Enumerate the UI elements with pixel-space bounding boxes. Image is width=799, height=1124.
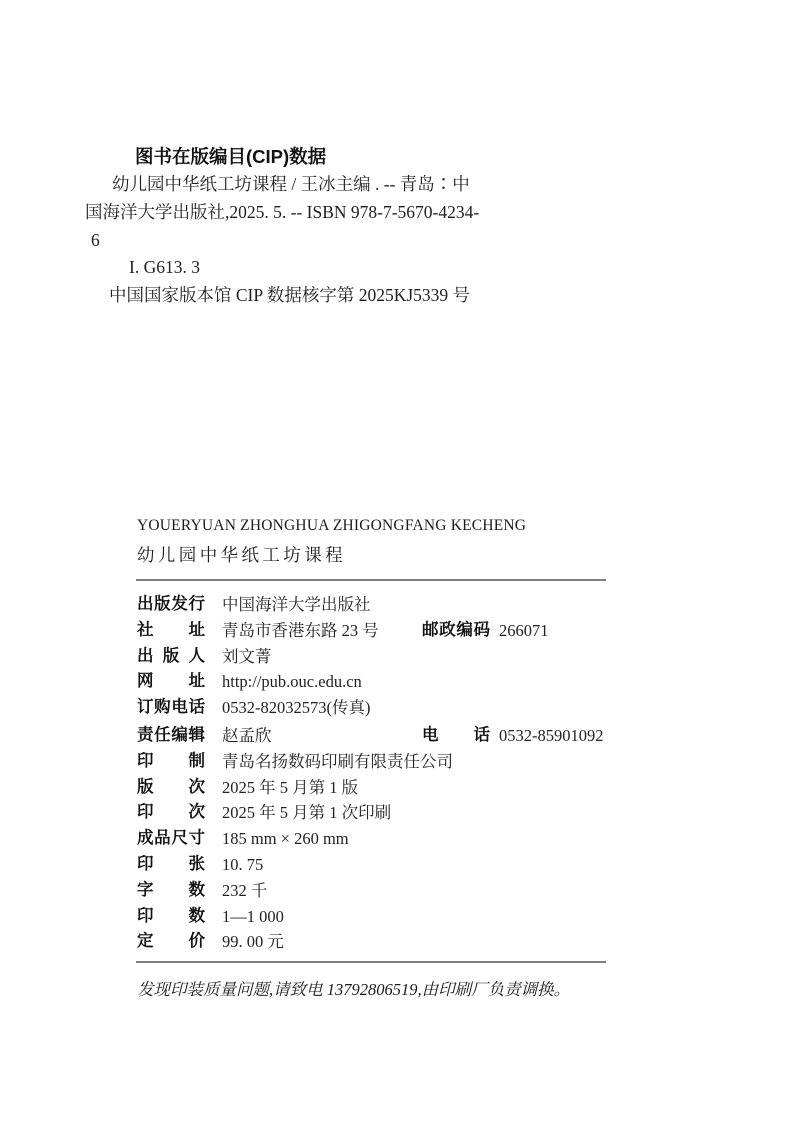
colophon-label: 网址 — [137, 669, 205, 695]
colophon-row-website: 网址http://pub.ouc.edu.cn — [137, 669, 617, 695]
colophon-label: 出版人 — [137, 644, 205, 670]
colophon-row-address: 社址青岛市香港东路 23 号 邮政编码266071 — [137, 618, 617, 644]
colophon-label: 定价 — [137, 929, 205, 955]
colophon-value: 0532-85901092 — [499, 726, 604, 745]
cip-line-publisher-isbn: 国海洋大学出版社,2025. 5. -- ISBN 978-7-5670-423… — [85, 199, 625, 227]
colophon-value: 99. 00 元 — [222, 932, 284, 951]
colophon-value: 中国海洋大学出版社 — [222, 595, 371, 614]
colophon-value: 10. 75 — [222, 855, 263, 874]
colophon-label: 印数 — [137, 904, 205, 930]
cip-line-classification: I. G613. 3 — [85, 254, 625, 282]
divider-top — [136, 579, 606, 581]
colophon: 出版发行中国海洋大学出版社 社址青岛市香港东路 23 号 邮政编码266071 … — [137, 592, 617, 955]
colophon-row-publisher-person: 出版人刘文菁 — [137, 644, 617, 670]
colophon-value: 2025 年 5 月第 1 次印刷 — [222, 803, 391, 822]
colophon-value: 2025 年 5 月第 1 版 — [222, 778, 358, 797]
colophon-label: 印张 — [137, 852, 205, 878]
cip-line-registration-number: 中国国家版本馆 CIP 数据核字第 2025KJ5339 号 — [85, 282, 625, 310]
colophon-label: 印制 — [137, 749, 205, 775]
colophon-value: 1—1 000 — [222, 907, 284, 926]
colophon-value: 赵孟欣 — [222, 726, 272, 745]
colophon-value: 刘文菁 — [222, 647, 272, 666]
colophon-value: 0532-82032573(传真) — [222, 698, 370, 717]
book-title-pinyin: YOUERYUAN ZHONGHUA ZHIGONGFANG KECHENG — [137, 516, 526, 536]
cip-line-title-statement: 幼儿园中华纸工坊课程 / 王冰主编 . -- 青岛∶中 — [85, 171, 625, 199]
colophon-postal-code-group: 邮政编码266071 — [422, 618, 549, 644]
colophon-label: 版次 — [137, 775, 205, 801]
colophon-row-sheets: 印张10. 75 — [137, 852, 617, 878]
colophon-row-publisher: 出版发行中国海洋大学出版社 — [137, 592, 617, 618]
colophon-row-printer: 印制青岛名扬数码印刷有限责任公司 — [137, 749, 617, 775]
colophon-label: 出版发行 — [137, 592, 205, 618]
colophon-label: 订购电话 — [137, 695, 205, 721]
colophon-value: 青岛市香港东路 23 号 — [222, 621, 379, 640]
colophon-label: 字数 — [137, 878, 205, 904]
colophon-label: 成品尺寸 — [137, 826, 205, 852]
book-title-chinese: 幼儿园中华纸工坊课程 — [137, 544, 526, 566]
colophon-label: 责任编辑 — [137, 723, 205, 749]
colophon-row-edition: 版次2025 年 5 月第 1 版 — [137, 775, 617, 801]
colophon-row-order-phone: 订购电话0532-82032573(传真) — [137, 695, 617, 721]
colophon-row-word-count: 字数232 千 — [137, 878, 617, 904]
colophon-value: 232 千 — [222, 881, 267, 900]
colophon-row-price: 定价99. 00 元 — [137, 929, 617, 955]
colophon-value: 266071 — [499, 621, 549, 640]
colophon-label: 社址 — [137, 618, 205, 644]
colophon-phone-group: 电话0532-85901092 — [422, 723, 604, 749]
colophon-value: 185 mm × 260 mm — [222, 829, 349, 848]
colophon-row-trim-size: 成品尺寸185 mm × 260 mm — [137, 826, 617, 852]
cip-heading: 图书在版编目(CIP)数据 — [85, 143, 625, 171]
colophon-website-url: http://pub.ouc.edu.cn — [222, 672, 362, 691]
cip-line-isbn-checkdigit: 6 — [85, 227, 625, 255]
colophon-row-impression: 印次2025 年 5 月第 1 次印刷 — [137, 800, 617, 826]
copyright-page: 图书在版编目(CIP)数据 幼儿园中华纸工坊课程 / 王冰主编 . -- 青岛∶… — [0, 0, 799, 1124]
quality-notice: 发现印装质量问题,请致电 13792806519,由印刷厂负责调换。 — [137, 977, 570, 1002]
divider-bottom — [136, 961, 606, 963]
colophon-value: 青岛名扬数码印刷有限责任公司 — [222, 752, 453, 771]
cip-block: 图书在版编目(CIP)数据 幼儿园中华纸工坊课程 / 王冰主编 . -- 青岛∶… — [85, 143, 625, 310]
colophon-label: 印次 — [137, 800, 205, 826]
book-title-block: YOUERYUAN ZHONGHUA ZHIGONGFANG KECHENG 幼… — [137, 516, 526, 566]
colophon-label: 邮政编码 — [422, 618, 490, 644]
colophon-row-editor: 责任编辑赵孟欣 电话0532-85901092 — [137, 723, 617, 749]
colophon-label: 电话 — [422, 723, 490, 749]
colophon-row-print-run: 印数1—1 000 — [137, 904, 617, 930]
